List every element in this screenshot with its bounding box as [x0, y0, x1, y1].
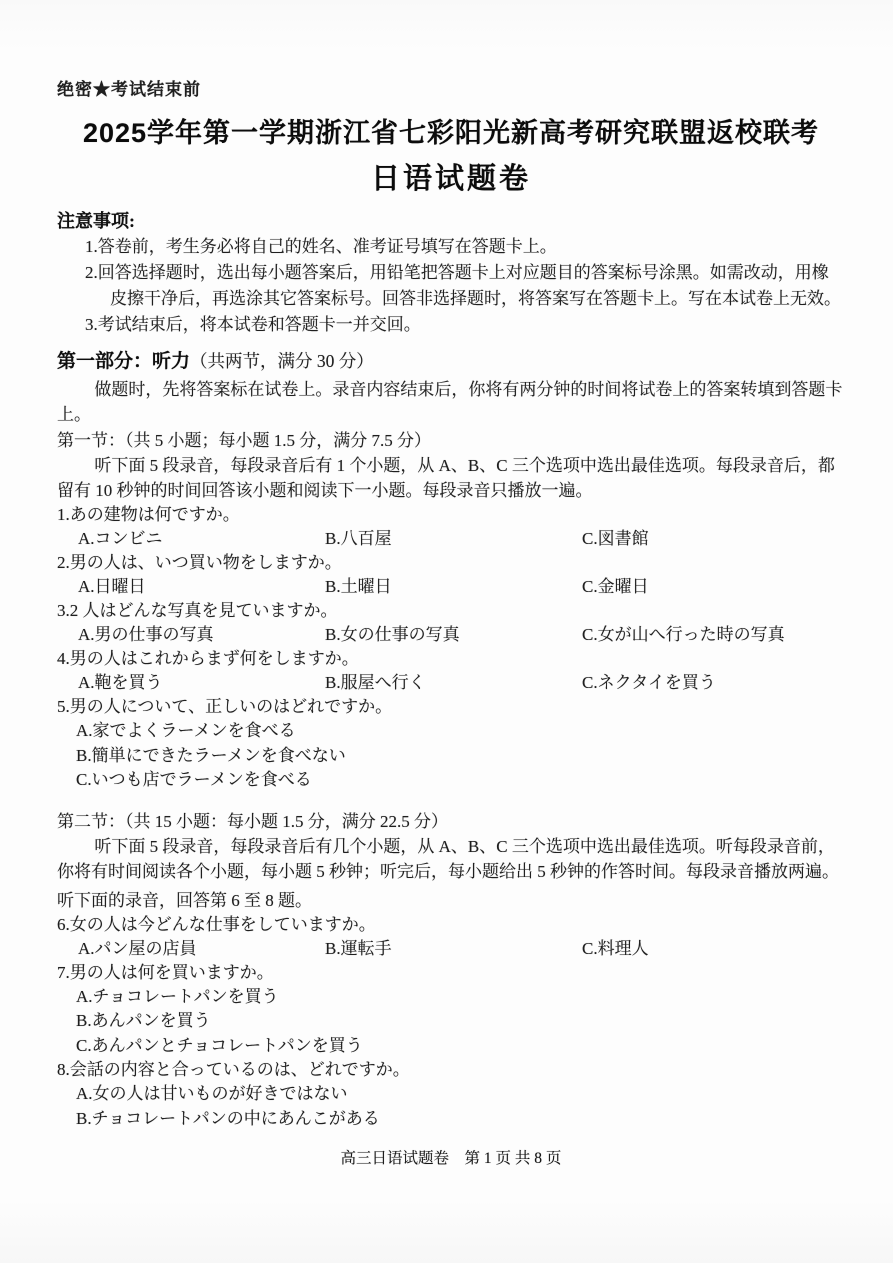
options-row: A.パン屋の店員B.運転手C.料理人: [57, 937, 845, 961]
option-c: C.金曜日: [582, 575, 649, 599]
question-stem: 7.男の人は何を買いますか。: [57, 961, 845, 985]
option-a: A.コンビニ: [78, 527, 325, 551]
option-b: B.八百屋: [325, 527, 582, 551]
question-stem: 3.2 人はどんな写真を見ていますか。: [57, 599, 845, 623]
option-b: B.あんパンを買う: [76, 1009, 845, 1034]
option-a: A.パン屋の店員: [78, 937, 325, 961]
exam-subtitle: 日语试题卷: [57, 160, 845, 198]
question-7: 7.男の人は何を買いますか。 A.チョコレートパンを買う B.あんパンを買う C…: [57, 961, 845, 1059]
option-a: A.女の人は甘いものが好きではない: [76, 1082, 845, 1107]
part1-heading-detail: （共两节，满分 30 分）: [190, 351, 374, 371]
section2-instructions: 听下面 5 段录音，每段录音后有几个小题，从 A、B、C 三个选项中选出最佳选项…: [57, 834, 845, 884]
section1-instructions: 听下面 5 段录音，每段录音后有 1 个小题，从 A、B、C 三个选项中选出最佳…: [57, 453, 845, 503]
option-b: B.女の仕事の写真: [325, 623, 582, 647]
option-c: C.図書館: [582, 527, 649, 551]
option-a: A.日曜日: [78, 575, 325, 599]
notice-heading: 注意事项:: [57, 208, 845, 234]
question-2: 2.男の人は、いつ買い物をしますか。 A.日曜日B.土曜日C.金曜日: [57, 551, 845, 599]
question-5: 5.男の人について、正しいのはどれですか。 A.家でよくラーメンを食べる B.簡…: [57, 695, 845, 793]
question-3: 3.2 人はどんな写真を見ていますか。 A.男の仕事の写真B.女の仕事の写真C.…: [57, 599, 845, 647]
exam-title: 2025学年第一学期浙江省七彩阳光新高考研究联盟返校联考: [57, 116, 845, 150]
question-stem: 2.男の人は、いつ買い物をしますか。: [57, 551, 845, 575]
question-6: 6.女の人は今どんな仕事をしていますか。 A.パン屋の店員B.運転手C.料理人: [57, 913, 845, 961]
option-b: B.チョコレートパンの中にあんこがある: [76, 1107, 845, 1132]
option-a: A.チョコレートパンを買う: [76, 985, 845, 1010]
option-a: A.男の仕事の写真: [78, 623, 325, 647]
option-c: C.ネクタイを買う: [582, 671, 716, 695]
option-a: A.家でよくラーメンを食べる: [76, 719, 845, 744]
page-footer: 高三日语试题卷 第 1 页 共 8 页: [57, 1148, 845, 1170]
notice-item-1: 1.答卷前，考生务必将自己的姓名、准考证号填写在答题卡上。: [57, 234, 845, 260]
question-stem: 4.男の人はこれからまず何をしますか。: [57, 647, 845, 671]
question-stem: 1.あの建物は何ですか。: [57, 503, 845, 527]
part1-heading-main: 第一部分：听力: [57, 351, 190, 372]
options-row: A.コンビニB.八百屋C.図書館: [57, 527, 845, 551]
question-8: 8.会話の内容と合っているのは、どれですか。 A.女の人は甘いものが好きではない…: [57, 1058, 845, 1131]
question-stem: 5.男の人について、正しいのはどれですか。: [57, 695, 845, 719]
option-c: C.女が山へ行った時の写真: [582, 623, 785, 647]
notice-item-2: 2.回答选择题时，选出每小题答案后，用铅笔把答题卡上对应题目的答案标号涂黑。如需…: [57, 260, 845, 312]
question-4: 4.男の人はこれからまず何をしますか。 A.鞄を買うB.服屋へ行くC.ネクタイを…: [57, 647, 845, 695]
option-b: B.簡単にできたラーメンを食べない: [76, 744, 845, 769]
option-c: C.あんパンとチョコレートパンを買う: [76, 1034, 845, 1059]
options-row: A.日曜日B.土曜日C.金曜日: [57, 575, 845, 599]
option-c: C.料理人: [582, 937, 649, 961]
exam-paper-page: 绝密★考试结束前 2025学年第一学期浙江省七彩阳光新高考研究联盟返校联考 日语…: [0, 0, 893, 1263]
option-b: B.土曜日: [325, 575, 582, 599]
part1-heading: 第一部分：听力（共两节，满分 30 分）: [57, 346, 845, 377]
section2-heading: 第二节：（共 15 小题：每小题 1.5 分，满分 22.5 分）: [57, 809, 845, 834]
section1-heading: 第一节：（共 5 小题；每小题 1.5 分，满分 7.5 分）: [57, 428, 845, 453]
classification-banner: 绝密★考试结束前: [57, 78, 845, 102]
option-b: B.服屋へ行く: [325, 671, 582, 695]
spacer: [57, 793, 845, 808]
question-stem: 6.女の人は今どんな仕事をしていますか。: [57, 913, 845, 937]
question-stem: 8.会話の内容と合っているのは、どれですか。: [57, 1058, 845, 1082]
options-row: A.男の仕事の写真B.女の仕事の写真C.女が山へ行った時の写真: [57, 623, 845, 647]
options-row: A.鞄を買うB.服屋へ行くC.ネクタイを買う: [57, 671, 845, 695]
part1-intro: 做题时，先将答案标在试卷上。录音内容结束后，你将有两分钟的时间将试卷上的答案转填…: [57, 377, 845, 427]
question-1: 1.あの建物は何ですか。 A.コンビニB.八百屋C.図書館: [57, 503, 845, 551]
option-b: B.運転手: [325, 937, 582, 961]
option-c: C.いつも店でラーメンを食べる: [76, 768, 845, 793]
passage-prompt: 听下面的录音，回答第 6 至 8 题。: [57, 889, 845, 913]
notice-item-3: 3.考试结束后，将本试卷和答题卡一并交回。: [57, 312, 845, 338]
option-a: A.鞄を買う: [78, 671, 325, 695]
